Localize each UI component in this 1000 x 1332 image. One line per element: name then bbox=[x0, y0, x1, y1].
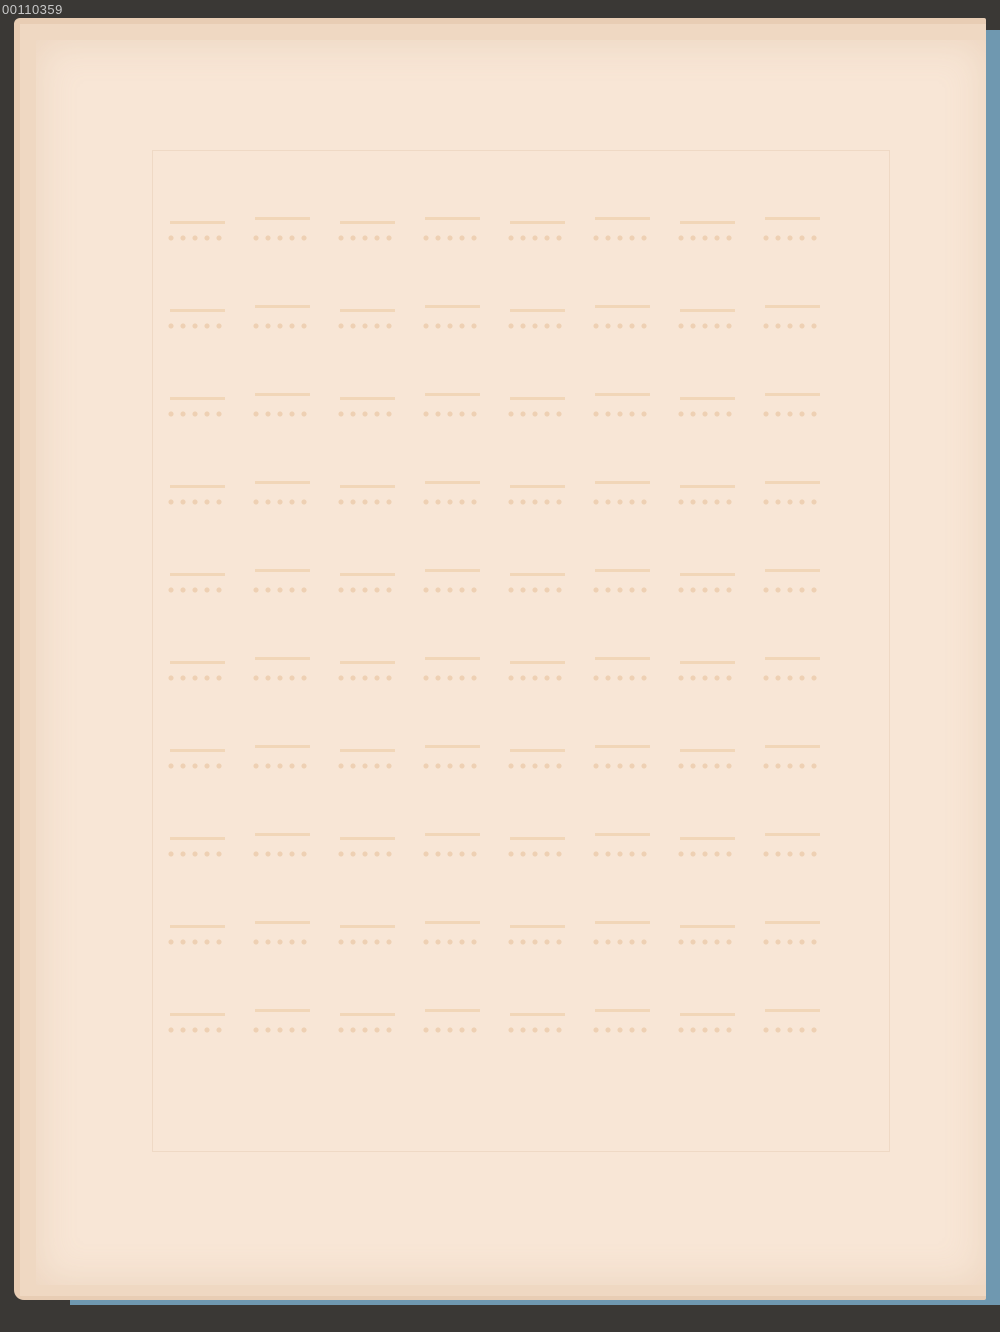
music-system bbox=[160, 303, 840, 343]
music-system bbox=[160, 215, 840, 255]
music-system bbox=[160, 831, 840, 871]
music-system bbox=[160, 743, 840, 783]
music-system bbox=[160, 567, 840, 607]
music-system bbox=[160, 479, 840, 519]
plate-mark bbox=[152, 150, 890, 1152]
music-system bbox=[160, 391, 840, 431]
music-system bbox=[160, 655, 840, 695]
scan-identifier: 00110359 bbox=[2, 2, 63, 17]
music-system bbox=[160, 919, 840, 959]
music-system bbox=[160, 1007, 840, 1047]
